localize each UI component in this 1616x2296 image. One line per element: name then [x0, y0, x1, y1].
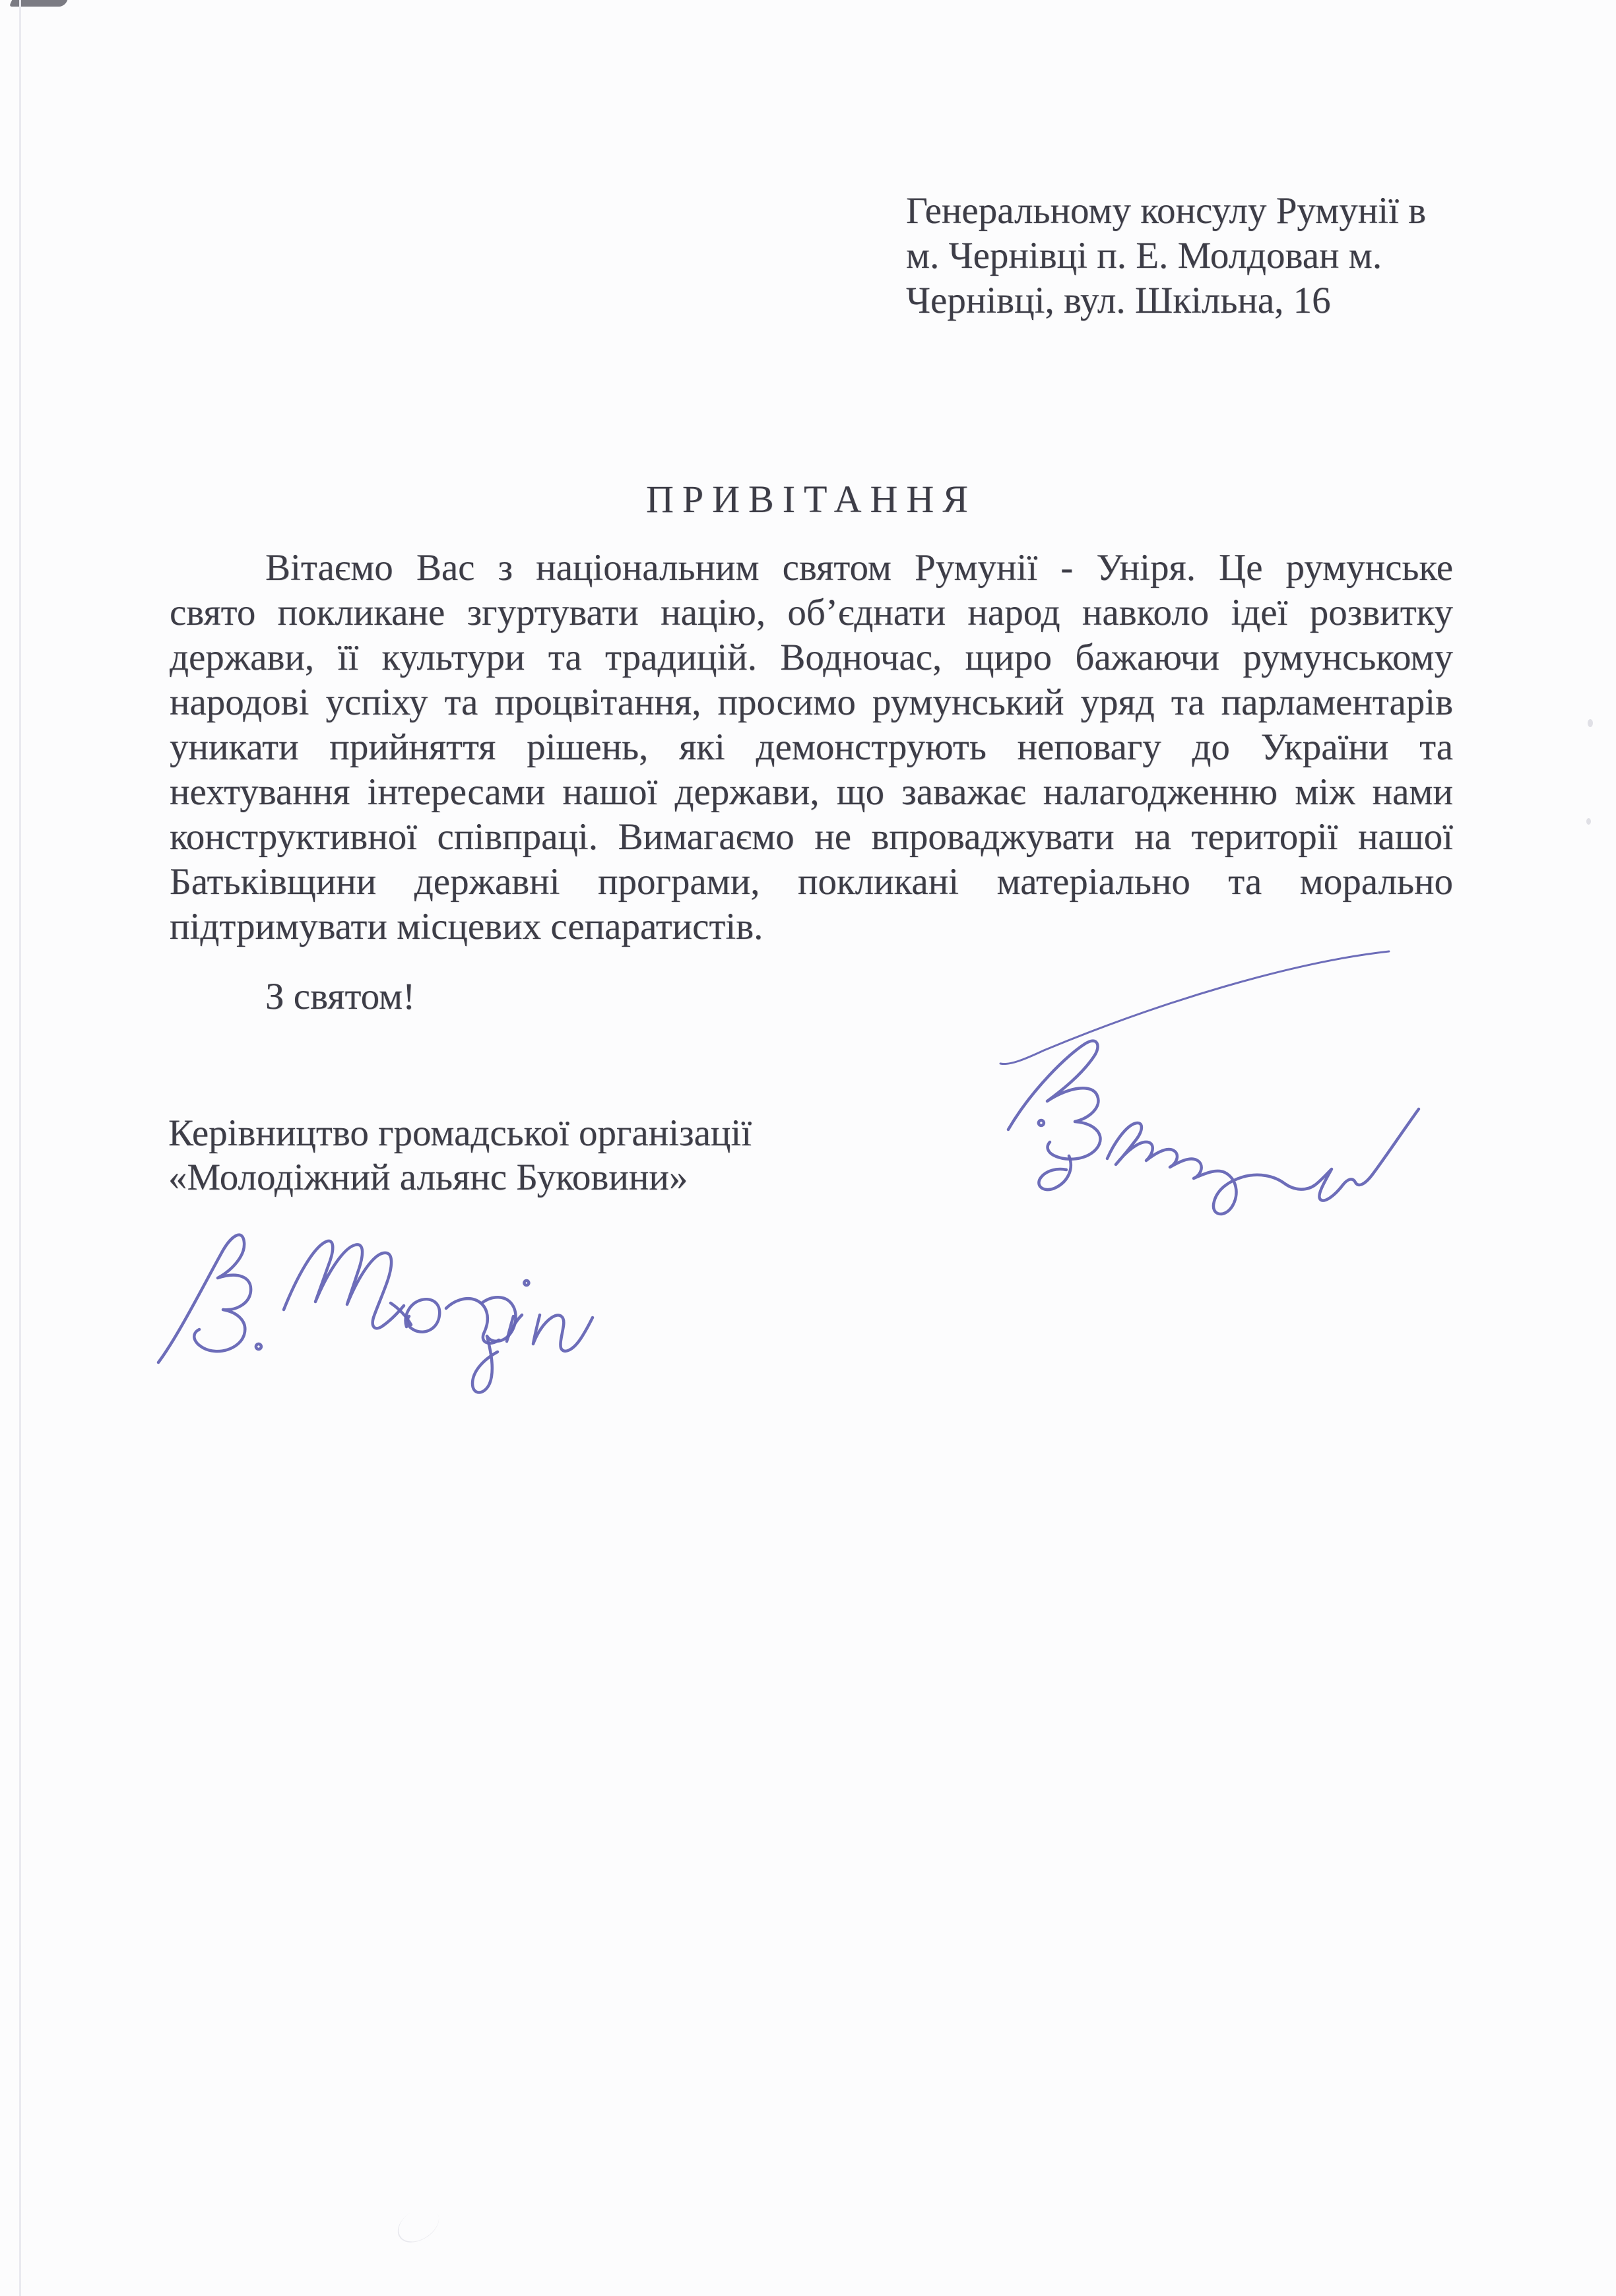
scan-edge-line — [19, 0, 21, 2296]
body-line: конструктивної співпраці. Вимагаємо не в… — [170, 815, 1453, 860]
body-line: народові успіху та процвітання, просимо … — [170, 680, 1453, 725]
handwritten-signature-shkodin — [152, 1204, 600, 1402]
body-line: уникати прийняття рішень, які демонструю… — [170, 725, 1453, 770]
scan-speck — [1588, 719, 1593, 727]
handwritten-signature-right — [963, 924, 1452, 1214]
scan-speck — [1586, 818, 1591, 825]
body-line: свято покликане згуртувати націю, об’єдн… — [170, 590, 1453, 635]
body-line: держави, її культури та традицій. Водноч… — [170, 635, 1453, 680]
body-line: Вітаємо Вас з національним святом Румуні… — [170, 546, 1453, 590]
signer-line: Керівництво громадської організації — [168, 1111, 894, 1155]
scan-corner-artifact — [9, 0, 67, 7]
recipient-line: Чернівці, вул. Шкільна, 16 — [906, 278, 1454, 323]
recipient-line: м. Чернівці п. Е. Молдован м. — [906, 234, 1454, 278]
scan-smudge — [391, 2200, 445, 2249]
body-line: нехтування інтересами нашої держави, що … — [170, 770, 1453, 815]
letter-body: Вітаємо Вас з національним святом Румуні… — [170, 546, 1453, 949]
signer-block: Керівництво громадської організації «Мол… — [168, 1111, 894, 1199]
recipient-block: Генеральному консулу Румунії в м. Чернів… — [906, 189, 1454, 323]
signer-line: «Молодіжний альянс Буковини» — [168, 1155, 894, 1199]
letter-title: ПРИВІТАННЯ — [170, 477, 1453, 521]
letter-page: Генеральному консулу Румунії в м. Чернів… — [0, 0, 1616, 2296]
body-line: Батьківщини державні програми, покликані… — [170, 860, 1453, 905]
closing-line: З святом! — [265, 974, 415, 1019]
recipient-line: Генеральному консулу Румунії в — [906, 189, 1454, 234]
